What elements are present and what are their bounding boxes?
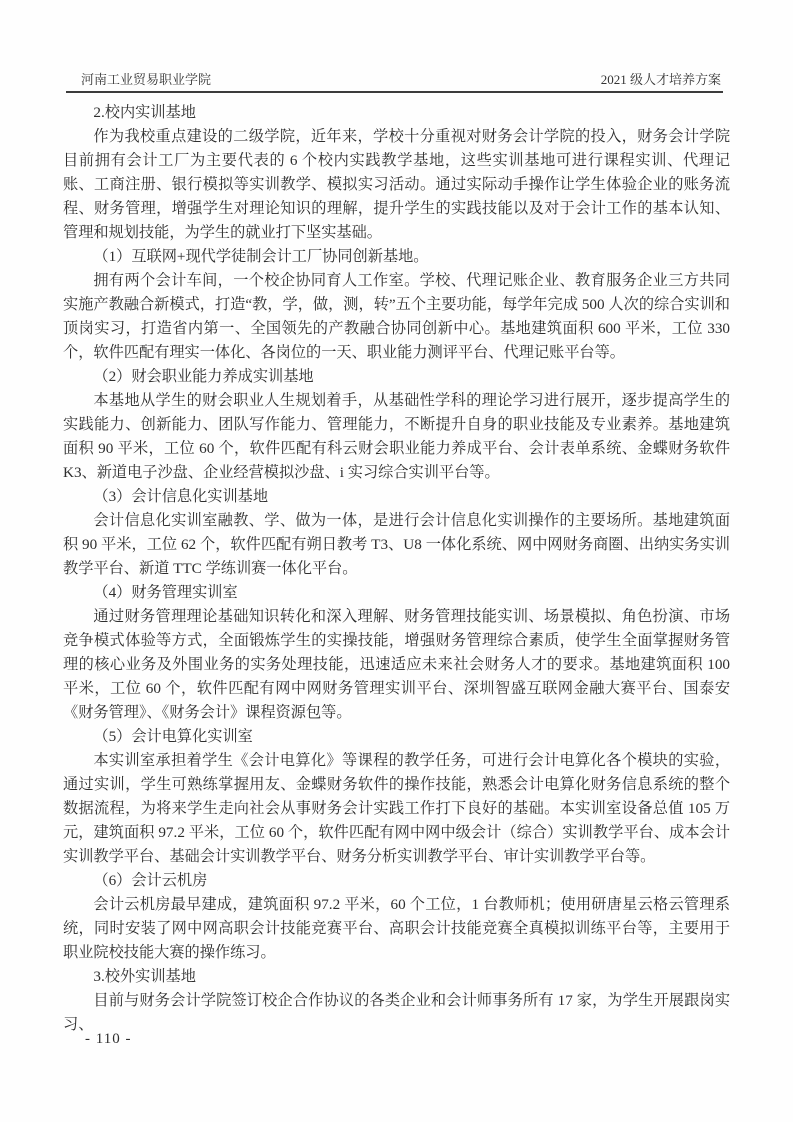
section-heading: （4）财务管理实训室: [63, 581, 730, 605]
section-heading: 3.校外实训基地: [63, 965, 730, 989]
section-heading: （3）会计信息化实训基地: [63, 485, 730, 509]
document-page: 河南工业贸易职业学院 2021 级人才培养方案 2.校内实训基地作为我校重点建设…: [0, 0, 793, 1122]
paragraph: 会计云机房最早建成，建筑面积 97.2 平米，60 个工位，1 台教师机；使用研…: [63, 893, 730, 965]
section-heading: （6）会计云机房: [63, 869, 730, 893]
paragraph: 本实训室承担着学生《会计电算化》等课程的教学任务，可进行会计电算化各个模块的实验…: [63, 749, 730, 869]
paragraph: 通过财务管理理论基础知识转化和深入理解、财务管理技能实训、场景模拟、角色扮演、市…: [63, 605, 730, 725]
section-heading: （1）互联网+现代学徒制会计工厂协同创新基地。: [63, 245, 730, 269]
page-number: - 110 -: [85, 1031, 131, 1048]
header-plan-title: 2021 级人才培养方案: [601, 71, 721, 88]
paragraph: 作为我校重点建设的二级学院，近年来，学校十分重视对财务会计学院的投入，财务会计学…: [63, 125, 730, 245]
section-heading: （2）财会职业能力养成实训基地: [63, 365, 730, 389]
paragraph: 会计信息化实训室融教、学、做为一体，是进行会计信息化实训操作的主要场所。基地建筑…: [63, 509, 730, 581]
header-school-name: 河南工业贸易职业学院: [81, 71, 211, 88]
document-body: 2.校内实训基地作为我校重点建设的二级学院，近年来，学校十分重视对财务会计学院的…: [63, 101, 730, 1037]
page-header: 河南工业贸易职业学院 2021 级人才培养方案: [66, 71, 723, 93]
section-heading: 2.校内实训基地: [63, 101, 730, 125]
paragraph: 本基地从学生的财会职业人生规划着手，从基础性学科的理论学习进行展开，逐步提高学生…: [63, 389, 730, 485]
paragraph: 目前与财务会计学院签订校企合作协议的各类企业和会计师事务所有 17 家，为学生开…: [63, 989, 730, 1037]
section-heading: （5）会计电算化实训室: [63, 725, 730, 749]
paragraph: 拥有两个会计车间，一个校企协同育人工作室。学校、代理记账企业、教育服务企业三方共…: [63, 269, 730, 365]
